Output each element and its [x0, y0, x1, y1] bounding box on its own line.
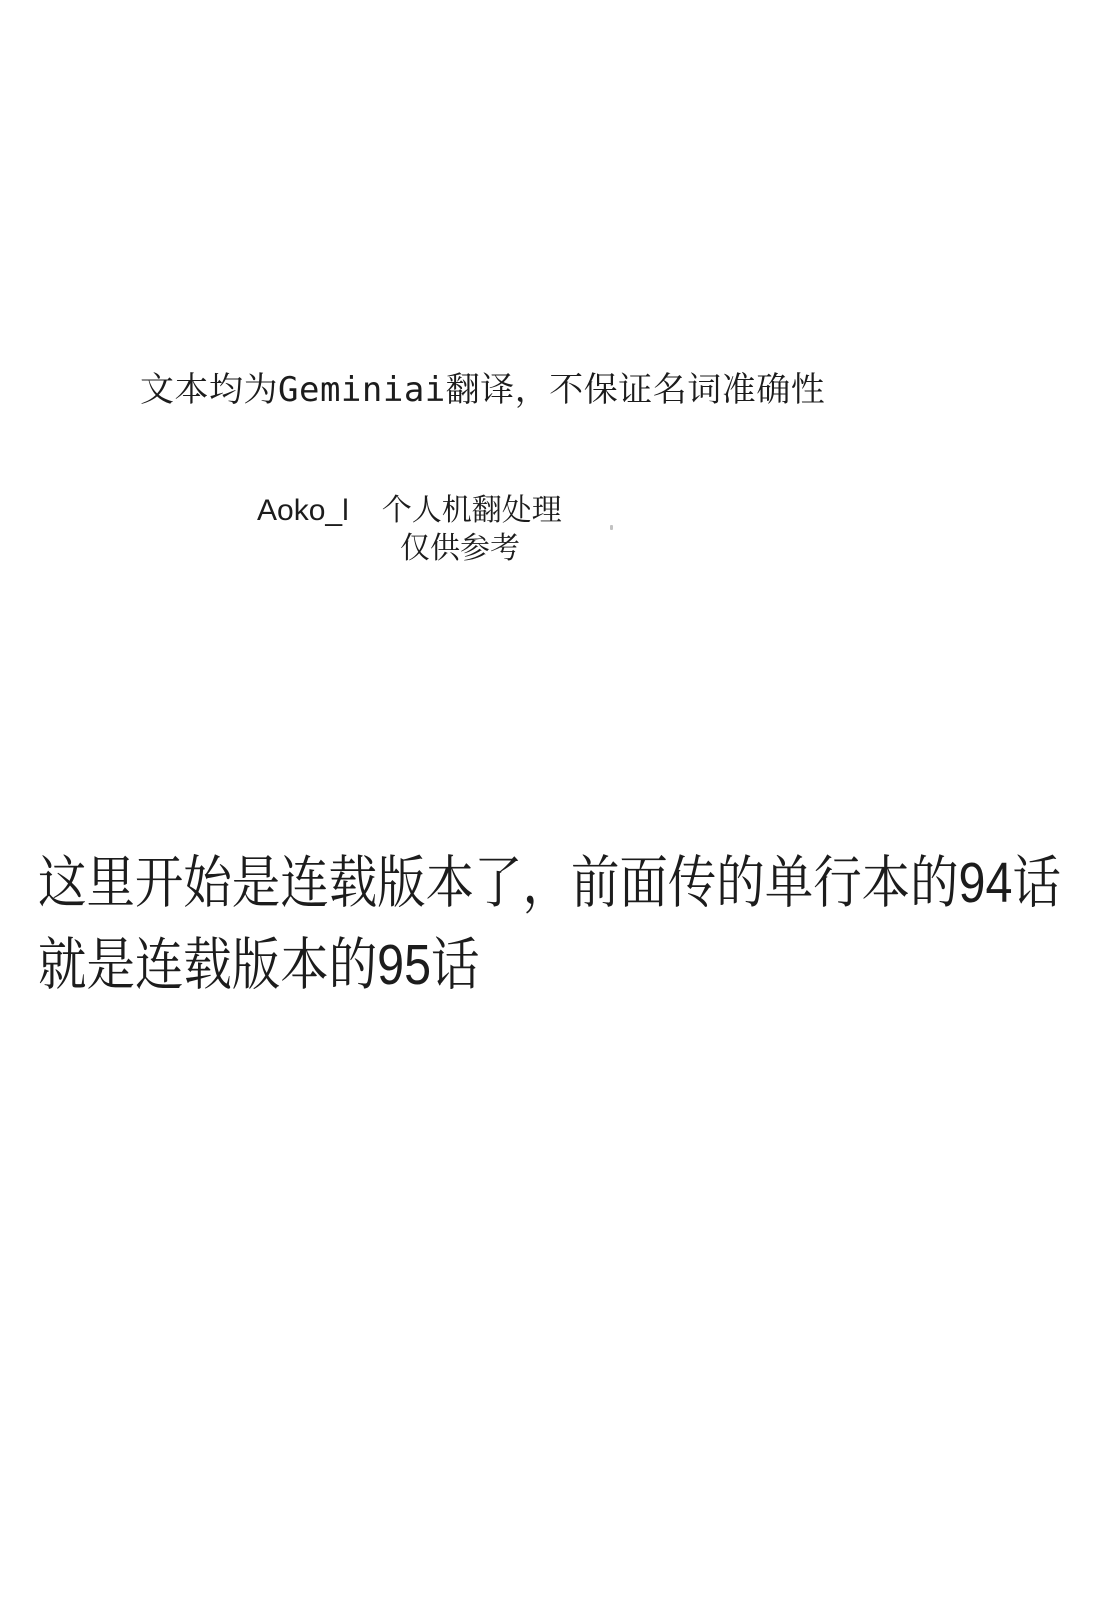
credit-line: Aoko_l个人机翻处理	[257, 492, 562, 529]
credits-page: 文本均为Geminiai翻译，不保证名词准确性 Aoko_l个人机翻处理 仅供参…	[0, 0, 1115, 1600]
dust-speck	[610, 525, 613, 530]
announcement-line-2: 就是连载版本的95话	[38, 924, 1061, 1006]
translation-note: 文本均为Geminiai翻译，不保证名词准确性	[140, 370, 825, 410]
translator-name: Aoko_l	[257, 492, 349, 529]
announcement-block: 这里开始是连载版本了，前面传的单行本的94话 就是连载版本的95话	[38, 842, 1115, 1006]
reference-disclaimer: 仅供参考	[400, 530, 520, 567]
translator-role: 个人机翻处理	[382, 492, 562, 529]
announcement-line-1: 这里开始是连载版本了，前面传的单行本的94话	[38, 842, 1061, 924]
